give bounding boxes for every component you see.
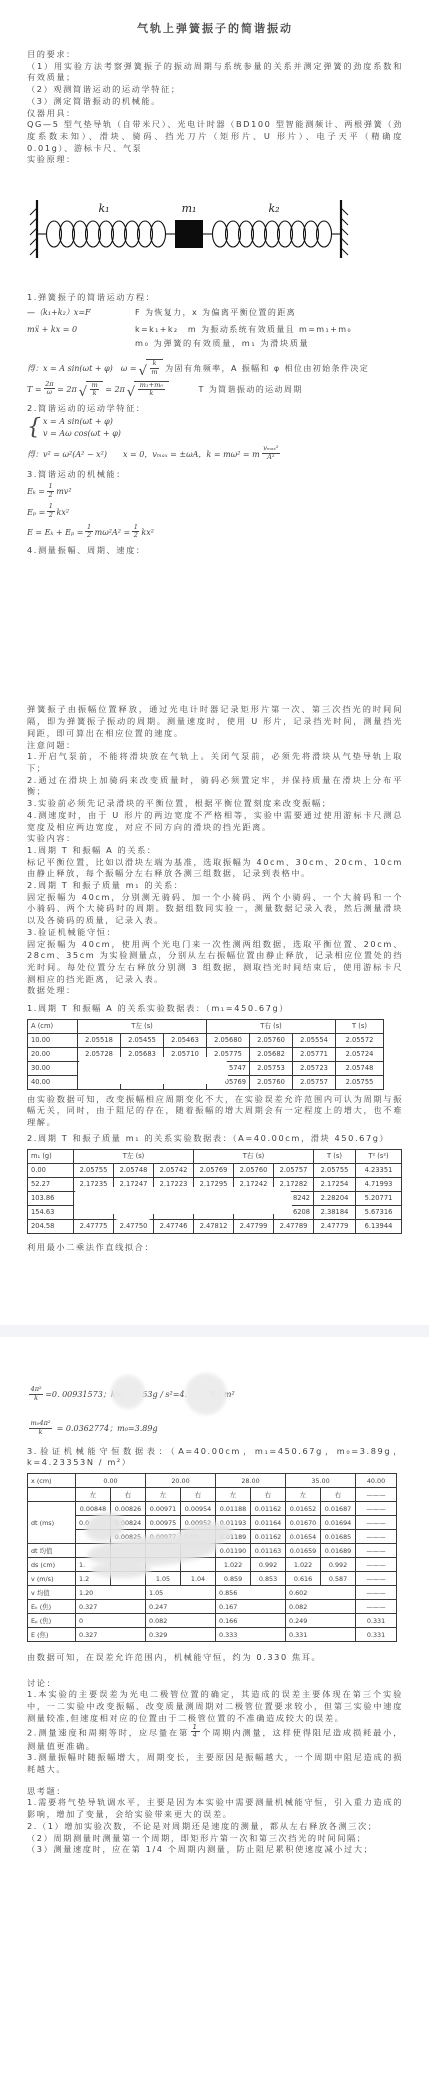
formula-text: kx² — [141, 527, 154, 539]
table-cell: 4.23351 — [356, 1163, 402, 1177]
principle-heading: 实验原理： — [27, 154, 403, 166]
table-cell: v (m/s) — [28, 1572, 76, 1586]
question-2-1: 2.（1）增加实验次数，不论是对周期还是速度的测量，都从左右释放各测三次； — [27, 1821, 403, 1833]
table-cell — [28, 1488, 76, 1502]
discussion-heading: 讨论： — [27, 1678, 403, 1690]
table-cell: 1.04 — [181, 1572, 216, 1586]
table-cell: 2.05753 — [250, 1061, 293, 1075]
table-header-cell: m₁ (g) — [28, 1149, 74, 1163]
procedure-paragraph: 弹簧振子由振幅位置释放，通过光电计时器记录矩形片第一次、第三次挡光的时间间隔，即… — [27, 704, 403, 739]
table-cell: ds (cm) — [28, 1558, 76, 1572]
table-cell: 2.38184 — [314, 1205, 356, 1219]
table-cell: 2.47799 — [234, 1219, 274, 1233]
table-cell: 2.05455 — [121, 1033, 164, 1047]
table-cell: 0.333 — [216, 1628, 286, 1642]
table-header-cell: 右 — [181, 1488, 216, 1502]
fraction-denominator: k — [90, 390, 99, 398]
data-processing-heading: 数据处理： — [27, 985, 403, 997]
formula-text: Eₖ = — [27, 486, 45, 498]
table-cell: 0.856 — [216, 1586, 286, 1600]
table-row: 左右左右左右左右——— — [28, 1488, 397, 1502]
table-cell: 0.167 — [216, 1600, 286, 1614]
system-equation-1: x = A sin(ωt + φ) — [43, 416, 121, 428]
table-cell: 0.00971 — [146, 1502, 181, 1516]
page-gap — [27, 556, 403, 704]
table-cell: 1.022 — [216, 1558, 251, 1572]
formula-potential-energy: Eₚ = 12 kx² — [27, 504, 403, 520]
table-cell: 1.20 — [76, 1586, 146, 1600]
table-cell: 0 — [76, 1614, 146, 1628]
table-cell: 0.01162 — [251, 1530, 286, 1544]
table-cell: 5.20771 — [356, 1191, 402, 1205]
table-cell: 2.05518 — [78, 1033, 121, 1047]
table-1-conclusion: 由实验数据可知，改变振幅相应周期变化不大，在实验误差允许范围内可认为周期与振幅无… — [27, 1094, 403, 1129]
note-3: 3.实验前必须先记录滑块的平衡位置，根据平衡位置刻度来改变振幅； — [27, 798, 403, 810]
formula-fragment: 53g / s²=4. — [142, 1390, 187, 1399]
questions-heading: 思考题： — [27, 1786, 403, 1798]
radical: √km — [139, 359, 164, 377]
table-row: A (cm)T左 (s)T右 (s)T (s) — [28, 1019, 384, 1033]
spring-k1 — [37, 221, 175, 247]
spring-mass-svg: k₁ m₁ k₂ — [29, 194, 349, 264]
formula-text: mω²A² = — [95, 527, 131, 539]
principle-section-4-heading: 4.测量振幅、周期、速度： — [27, 545, 403, 557]
formula-kinetic-energy: Eₖ = 12 mv² — [27, 484, 403, 500]
table-cell: dt 均值 — [28, 1544, 76, 1558]
note-4: 4.测速度时，由于 U 形片的两边宽度不严格相等，实验中需要通过使用游标卡尺测总… — [27, 810, 403, 833]
spring-mass-diagram: k₁ m₁ k₂ — [29, 194, 403, 268]
formula-text: = 2π — [105, 384, 125, 396]
table-cell: 6.13944 — [356, 1219, 402, 1233]
table-cell: 40.00 — [28, 1075, 78, 1089]
table-cell: Eₚ (焦) — [28, 1614, 76, 1628]
table-cell: 0.01687 — [321, 1502, 356, 1516]
equation-text: —（k₁+k₂）x=F — [27, 306, 135, 319]
table-cell: 2.05680 — [207, 1033, 250, 1047]
blur-redaction-circle — [185, 1373, 227, 1415]
table-cell: 0.01188 — [216, 1502, 251, 1516]
table-cell: 2.05760 — [250, 1033, 293, 1047]
table-cell: ——— — [356, 1530, 397, 1544]
fraction-denominator: k — [29, 1429, 52, 1437]
table-cell: 0.602 — [286, 1586, 356, 1600]
table-row: 10.002.055182.054552.054632.056802.05760… — [28, 1033, 384, 1047]
table-cell: 2.47775 — [74, 1219, 114, 1233]
table-header-cell: 20.00 — [146, 1474, 216, 1488]
table-cell: ——— — [356, 1516, 397, 1530]
formula-text: kx² — [57, 507, 70, 519]
table-cell: 0.00 — [28, 1163, 74, 1177]
principle-section-3-heading: 3.简谐运动的机械能： — [27, 469, 403, 481]
radical: √m₁+m₀k — [127, 381, 169, 399]
table-cell: 0.01670 — [286, 1516, 321, 1530]
table-cell: 0.331 — [356, 1628, 397, 1642]
equation-restoring-force: —（k₁+k₂）x=F F 为恢复力，x 为偏离平衡位置的距离 — [27, 306, 403, 319]
fraction-half: 12 — [47, 503, 54, 519]
table-cell: 0.616 — [286, 1572, 321, 1586]
table-cell: 2.05757 — [274, 1163, 314, 1177]
fraction-quarter: 14 — [191, 1724, 200, 1740]
table-row: Eₖ (焦)0.3270.2470.1670.082——— — [28, 1600, 397, 1614]
fraction-denominator: 2 — [132, 532, 139, 540]
table-header-cell: x (cm) — [28, 1474, 76, 1488]
question-2-2: （2）周期测量时测量第一个周期，即矩形片第一次和第三次挡光的时间间隔； — [27, 1833, 403, 1845]
content-3-heading: 3.验证机械能守恒： — [27, 927, 403, 939]
note-2: 2.通过在滑块上加骑码来改变质量时，骑码必须置定牢，并保持质量在滑块上分布平衡； — [27, 775, 403, 798]
table-cell: v 均值 — [28, 1586, 76, 1600]
redaction-overlay — [74, 1187, 292, 1214]
table-row: Eₚ (焦)00.0820.1660.2490.331 — [28, 1614, 397, 1628]
table-cell: ——— — [356, 1488, 397, 1502]
table-cell: 2.17254 — [314, 1177, 356, 1191]
formula-note: 为固有角频率，A 振幅和 φ 相位由初始条件决定 — [165, 363, 369, 375]
principle-section-2-heading: 2.简谐运动的运动学特征： — [27, 403, 403, 415]
table-row: x (cm)0.0020.0028.0035.0040.00 — [28, 1474, 397, 1488]
fraction-denominator: ω — [44, 389, 56, 397]
table-cell: 0.249 — [286, 1614, 356, 1628]
table-cell: 2.05572 — [336, 1033, 384, 1047]
table-cell: 2.05682 — [250, 1047, 293, 1061]
formula-k-fit: 4π²k=0. 00931573；k=53g / s²=4.N / m² — [27, 1387, 403, 1403]
table-1-caption: 1.周期 T 和振幅 A 的关系实验数据表：（m₁=450.67g） — [27, 1003, 403, 1015]
page-separator — [0, 1325, 429, 1337]
table-cell: ——— — [356, 1586, 397, 1600]
table-cell: 1.022 — [286, 1558, 321, 1572]
table-cell: ——— — [356, 1572, 397, 1586]
notes-heading: 注意问题： — [27, 740, 403, 752]
table-row: 204.582.477752.477502.477462.478122.4779… — [28, 1219, 402, 1233]
table-cell: 0.01163 — [251, 1544, 286, 1558]
fraction-half: 12 — [85, 524, 92, 540]
table-cell: 0.992 — [321, 1558, 356, 1572]
table-3-conclusion: 由数据可知，在误差允许范围内，机械能守恒，约为 0.330 焦耳。 — [27, 1652, 403, 1664]
table-cell: 0.327 — [76, 1628, 146, 1642]
table-cell: 0.00954 — [181, 1502, 216, 1516]
discussion-1: 1.本实验的主要误差为光电二极管位置的确定，其造成的误差主要体现在第三个实验中，… — [27, 1689, 403, 1724]
table-header-cell: 左 — [286, 1488, 321, 1502]
formula-velocity: 得：v² = ω²(A² − x²) x = 0，vₘₐₓ = ±ωA，k = … — [27, 446, 403, 462]
table-cell: 0.247 — [146, 1600, 216, 1614]
fraction-denominator: k — [29, 1395, 43, 1403]
table-cell: 103.86 — [28, 1191, 74, 1205]
table-cell: 0.587 — [321, 1572, 356, 1586]
table-cell: ——— — [356, 1502, 397, 1516]
table-cell: E (焦) — [28, 1628, 76, 1642]
table-cell: 0.082 — [146, 1614, 216, 1628]
table-row: v 均值1.201.050.8560.602——— — [28, 1586, 397, 1600]
table-header-cell: T左 (s) — [78, 1019, 207, 1033]
table-cell: 1.05 — [146, 1586, 216, 1600]
table-cell: 0.082 — [286, 1600, 356, 1614]
table-cell: 2.05742 — [154, 1163, 194, 1177]
table-cell: 0.00975 — [146, 1516, 181, 1530]
table-row: v (m/s)1.21.051.040.8590.8530.6160.587——… — [28, 1572, 397, 1586]
table-row: ds (cm)1.1.0220.9921.0220.992——— — [28, 1558, 397, 1572]
spring-k1-label: k₁ — [98, 202, 109, 215]
table-cell: 20.00 — [28, 1047, 78, 1061]
table-cell: 2.05724 — [336, 1047, 384, 1061]
table-cell: 30.00 — [28, 1061, 78, 1075]
table-cell: 10.00 — [28, 1033, 78, 1047]
principle-section-1-heading: 1.弹簧振子的简谐运动方程： — [27, 292, 403, 304]
table-cell: 2.05760 — [234, 1163, 274, 1177]
discussion-2: 2.测量速度和周期等时，应尽量在第14个周期内测量，这样使得阻尼造成损耗最小，测… — [27, 1725, 403, 1753]
formula-text: = 2π — [57, 384, 77, 396]
table-cell: 2.05755 — [314, 1163, 356, 1177]
table-row: 0.002.057552.057482.057422.057692.057602… — [28, 1163, 402, 1177]
equation-system: { x = A sin(ωt + φ) v = Aω cos(ωt + φ) — [27, 416, 403, 440]
table-cell: 5.67316 — [356, 1205, 402, 1219]
fraction: 4π²k — [29, 1386, 43, 1402]
purpose-item-2: （2）观测简谐运动的运动学特征； — [27, 84, 403, 96]
table-cell: 0.853 — [251, 1572, 286, 1586]
table-cell: 0.01164 — [251, 1516, 286, 1530]
question-1: 1.需要将气垫导轨调水平，主要是因为本实验中需要测量机械能守恒，引入重力造成的影… — [27, 1797, 403, 1820]
table-header-cell: A (cm) — [28, 1019, 78, 1033]
table-cell: 0.01694 — [321, 1516, 356, 1530]
table-cell: 2.05723 — [293, 1061, 336, 1075]
radical: √mk — [79, 381, 104, 399]
formula-text: mv² — [56, 486, 71, 498]
table-cell: 0.01659 — [286, 1544, 321, 1558]
formula-m0-fit: m₀4π²k = 0.0362774；m₀=3.89g — [27, 1421, 403, 1437]
table-cell: 2.05748 — [336, 1061, 384, 1075]
fraction-denominator: A² — [262, 454, 280, 462]
fraction-half: 12 — [47, 483, 54, 499]
content-1: 标记平衡位置，比如以滑块左端为基准，选取振幅为 40cm、30cm、20cm、1… — [27, 857, 403, 880]
table-cell: 2.05769 — [194, 1163, 234, 1177]
fraction-denominator: k — [138, 390, 164, 398]
table-cell: 0.166 — [216, 1614, 286, 1628]
table-cell: 2.47812 — [194, 1219, 234, 1233]
table-cell: Eₖ (焦) — [28, 1600, 76, 1614]
content-2: 固定振幅为 40cm，分别测无骑码、加一个小骑码、两个小骑码、一个大骑码和一个小… — [27, 892, 403, 927]
page-title: 气轨上弹簧振子的简谐振动 — [27, 20, 403, 36]
note-1: 1.开启气泵前，不能将滑块放在气轨上。关闭气泵前，必须先将滑块从气垫导轨上取下； — [27, 751, 403, 774]
discussion-2-pre: 2.测量速度和周期等时，应尽量在第 — [27, 1727, 189, 1737]
table-row: E (焦)0.3270.3290.3330.3310.331 — [28, 1628, 397, 1642]
table-row: m₁ (g)T左 (s)T右 (s)T (s)T² (s²) — [28, 1149, 402, 1163]
redaction-overlay — [78, 1057, 228, 1084]
spring-k2-label: k₂ — [268, 202, 279, 215]
formula-solution: 得：x = A sin(ωt + φ) ω = √km 为固有角频率，A 振幅和… — [27, 359, 403, 377]
table-header-cell: T左 (s) — [74, 1149, 194, 1163]
formula-total-energy: E = Eₖ + Eₚ = 12 mω²A² = 12 kx² — [27, 525, 403, 541]
table-cell: 0.992 — [251, 1558, 286, 1572]
fraction-denominator: 4 — [191, 1732, 200, 1740]
table-cell: 2.05554 — [293, 1033, 336, 1047]
instruments-heading: 仪器用具： — [27, 108, 403, 120]
equation-text: mẍ + kx = 0 — [27, 323, 135, 336]
table-cell: 0.01654 — [286, 1530, 321, 1544]
table-header-cell: 35.00 — [286, 1474, 356, 1488]
table-2-caption: 2.周期 T 和振子质量 m₁ 的关系实验数据表：（A=40.00cm，滑块 4… — [27, 1133, 403, 1145]
table-cell: 52.27 — [28, 1177, 74, 1191]
table-header-cell: 右 — [251, 1488, 286, 1502]
table-cell: 204.58 — [28, 1219, 74, 1233]
brace-symbol: { — [27, 417, 41, 439]
formula-text: 得：x = A sin(ωt + φ) ω = — [27, 363, 137, 375]
formula-text: T = — [27, 384, 42, 396]
table-cell: 2.47750 — [114, 1219, 154, 1233]
mass-m1-label: m₁ — [182, 202, 197, 215]
table-cell: 0.01685 — [321, 1530, 356, 1544]
mass-block-m1 — [175, 220, 203, 248]
fraction-denominator: 2 — [47, 512, 54, 520]
table-cell: 1.05 — [146, 1572, 181, 1586]
fraction: m₀4π²k — [29, 1420, 52, 1436]
fraction: vₘₐₓ²A² — [262, 445, 280, 461]
fraction: 2πω — [44, 381, 56, 397]
table-3-energy-conservation: x (cm)0.0020.0028.0035.0040.00左右左右左右左右——… — [27, 1473, 403, 1642]
equation-note: F 为恢复力，x 为偏离平衡位置的距离 — [135, 306, 403, 319]
equation-motion: mẍ + kx = 0 k=k₁+k₂ m 为振动系统有效质量且 m=m₁+m₀ — [27, 323, 403, 336]
formula-period: T = 2πω = 2π √mk = 2π √m₁+m₀k T 为简谐振动的运动… — [27, 381, 403, 399]
question-2-3: （3）测量速度时，应在第 1/4 个周期内测量，防止阻尼累积使速度减小过大； — [27, 1844, 403, 1856]
instruments-list: QG—5 型气垫导轨（自带米尺）、光电计时器（BD100 型智能测频计、两根弹簧… — [27, 119, 403, 154]
purpose-item-3: （3）测定简谐振动的机械能。 — [27, 96, 403, 108]
least-squares-line: 利用最小二乘法作直线拟合： — [27, 1242, 403, 1254]
table-header-cell: 40.00 — [356, 1474, 397, 1488]
fraction-denominator: 2 — [85, 532, 92, 540]
table-3-caption: 3.验证机械能守恒数据表：（A=40.00cm，m₁=450.67g，m₀=3.… — [27, 1446, 403, 1469]
table-header-cell: T (s) — [314, 1149, 356, 1163]
purpose-heading: 目的要求： — [27, 49, 403, 61]
table-header-cell: 0.00 — [76, 1474, 146, 1488]
fraction-denominator: m — [150, 369, 159, 377]
table-cell: 2.05771 — [293, 1047, 336, 1061]
table-2-period-vs-mass: m₁ (g)T左 (s)T右 (s)T (s)T² (s²)0.002.0575… — [27, 1149, 403, 1234]
table-cell: 2.05748 — [114, 1163, 154, 1177]
table-1-period-vs-amplitude: A (cm)T左 (s)T右 (s)T (s)10.002.055182.054… — [27, 1019, 403, 1090]
content-heading: 实验内容： — [27, 833, 403, 845]
table-header-cell: 28.00 — [216, 1474, 286, 1488]
formula-text: E = Eₖ + Eₚ = — [27, 527, 83, 539]
table-header-cell: 右 — [321, 1488, 356, 1502]
fraction-half: 12 — [132, 524, 139, 540]
table-header-cell: 左 — [216, 1488, 251, 1502]
table-cell: 0.01190 — [216, 1544, 251, 1558]
table-cell: 2.05755 — [74, 1163, 114, 1177]
formula-text: 得：v² = ω²(A² − x²) x = 0，vₘₐₓ = ±ωA，k = … — [27, 449, 260, 461]
table-cell: 2.05755 — [336, 1075, 384, 1089]
table-cell: 0.331 — [356, 1614, 397, 1628]
table-cell: dt (ms) — [28, 1502, 76, 1544]
content-1-heading: 1.周期 T 和振幅 A 的关系： — [27, 845, 403, 857]
formula-text: Eₚ = — [27, 507, 45, 519]
table-cell: 2.47779 — [314, 1219, 356, 1233]
equation-note-2: m₀ 为弹簧的有效质量，m₁ 为滑块质量 — [135, 338, 403, 350]
table-cell: 0.01652 — [286, 1502, 321, 1516]
table-cell: 154.63 — [28, 1205, 74, 1219]
table-cell: 2.05760 — [250, 1075, 293, 1089]
table-cell: 2.47746 — [154, 1219, 194, 1233]
data-table: x (cm)0.0020.0028.0035.0040.00左右左右左右左右——… — [27, 1473, 397, 1642]
formula-note: T 为简谐振动的运动周期 — [199, 384, 303, 396]
table-header-cell: T右 (s) — [194, 1149, 314, 1163]
table-cell: ——— — [356, 1600, 397, 1614]
table-cell: 0.01689 — [321, 1544, 356, 1558]
table-cell: 2.47789 — [274, 1219, 314, 1233]
document-body: { "sym": {"radical": "√", "brace": "{", … — [0, 0, 429, 2089]
content-2-heading: 2.周期 T 和振子质量 m₁ 的关系： — [27, 880, 403, 892]
table-cell: 0.331 — [286, 1628, 356, 1642]
erased-plot-area — [27, 1253, 403, 1325]
discussion-3: 3.测量振幅时随振幅增大，周期变长，主要原因是振幅越大，一个周期中阻尼造成的损耗… — [27, 1752, 403, 1775]
table-header-cell: 左 — [146, 1488, 181, 1502]
table-cell: 0.327 — [76, 1600, 146, 1614]
table-cell: ——— — [356, 1544, 397, 1558]
table-header-cell: T右 (s) — [207, 1019, 336, 1033]
table-cell: 4.71993 — [356, 1177, 402, 1191]
blur-redaction-circle — [111, 1375, 145, 1409]
spring-k2 — [203, 221, 341, 247]
content-3: 固定振幅为 40cm，使用两个光电门来一次性测两组数据，选取平衡位置、20cm、… — [27, 939, 403, 986]
table-header-cell: 右 — [111, 1488, 146, 1502]
table-cell: 0.01162 — [251, 1502, 286, 1516]
table-row: dt (ms)0.008480.008260.009710.009540.011… — [28, 1502, 397, 1516]
formula-text: = 0.0362774；m₀=3.89g — [57, 1425, 158, 1434]
table-cell: 2.28204 — [314, 1191, 356, 1205]
table-cell: 0.859 — [216, 1572, 251, 1586]
equation-note: k=k₁+k₂ m 为振动系统有效质量且 m=m₁+m₀ — [135, 323, 403, 336]
table-cell: ——— — [356, 1558, 397, 1572]
smudge-redaction — [91, 1562, 151, 1578]
document-page: 气轨上弹簧振子的简谐振动 目的要求： （1）用实验方法考察弹簧振子的振动周期与系… — [0, 0, 429, 1856]
system-equation-2: v = Aω cos(ωt + φ) — [43, 428, 121, 440]
table-cell: 2.05757 — [293, 1075, 336, 1089]
table-cell: 2.05463 — [164, 1033, 207, 1047]
purpose-item-1: （1）用实验方法考察弹簧振子的振动周期与系统参量的关系并测定弹簧的劲度系数和有效… — [27, 61, 403, 84]
fraction-denominator: 2 — [47, 492, 54, 500]
redaction-overlay — [115, 1213, 151, 1220]
table-header-cell: T² (s²) — [356, 1149, 402, 1163]
table-header-cell: 左 — [76, 1488, 111, 1502]
table-cell: 0.329 — [146, 1628, 216, 1642]
table-header-cell: T (s) — [336, 1019, 384, 1033]
